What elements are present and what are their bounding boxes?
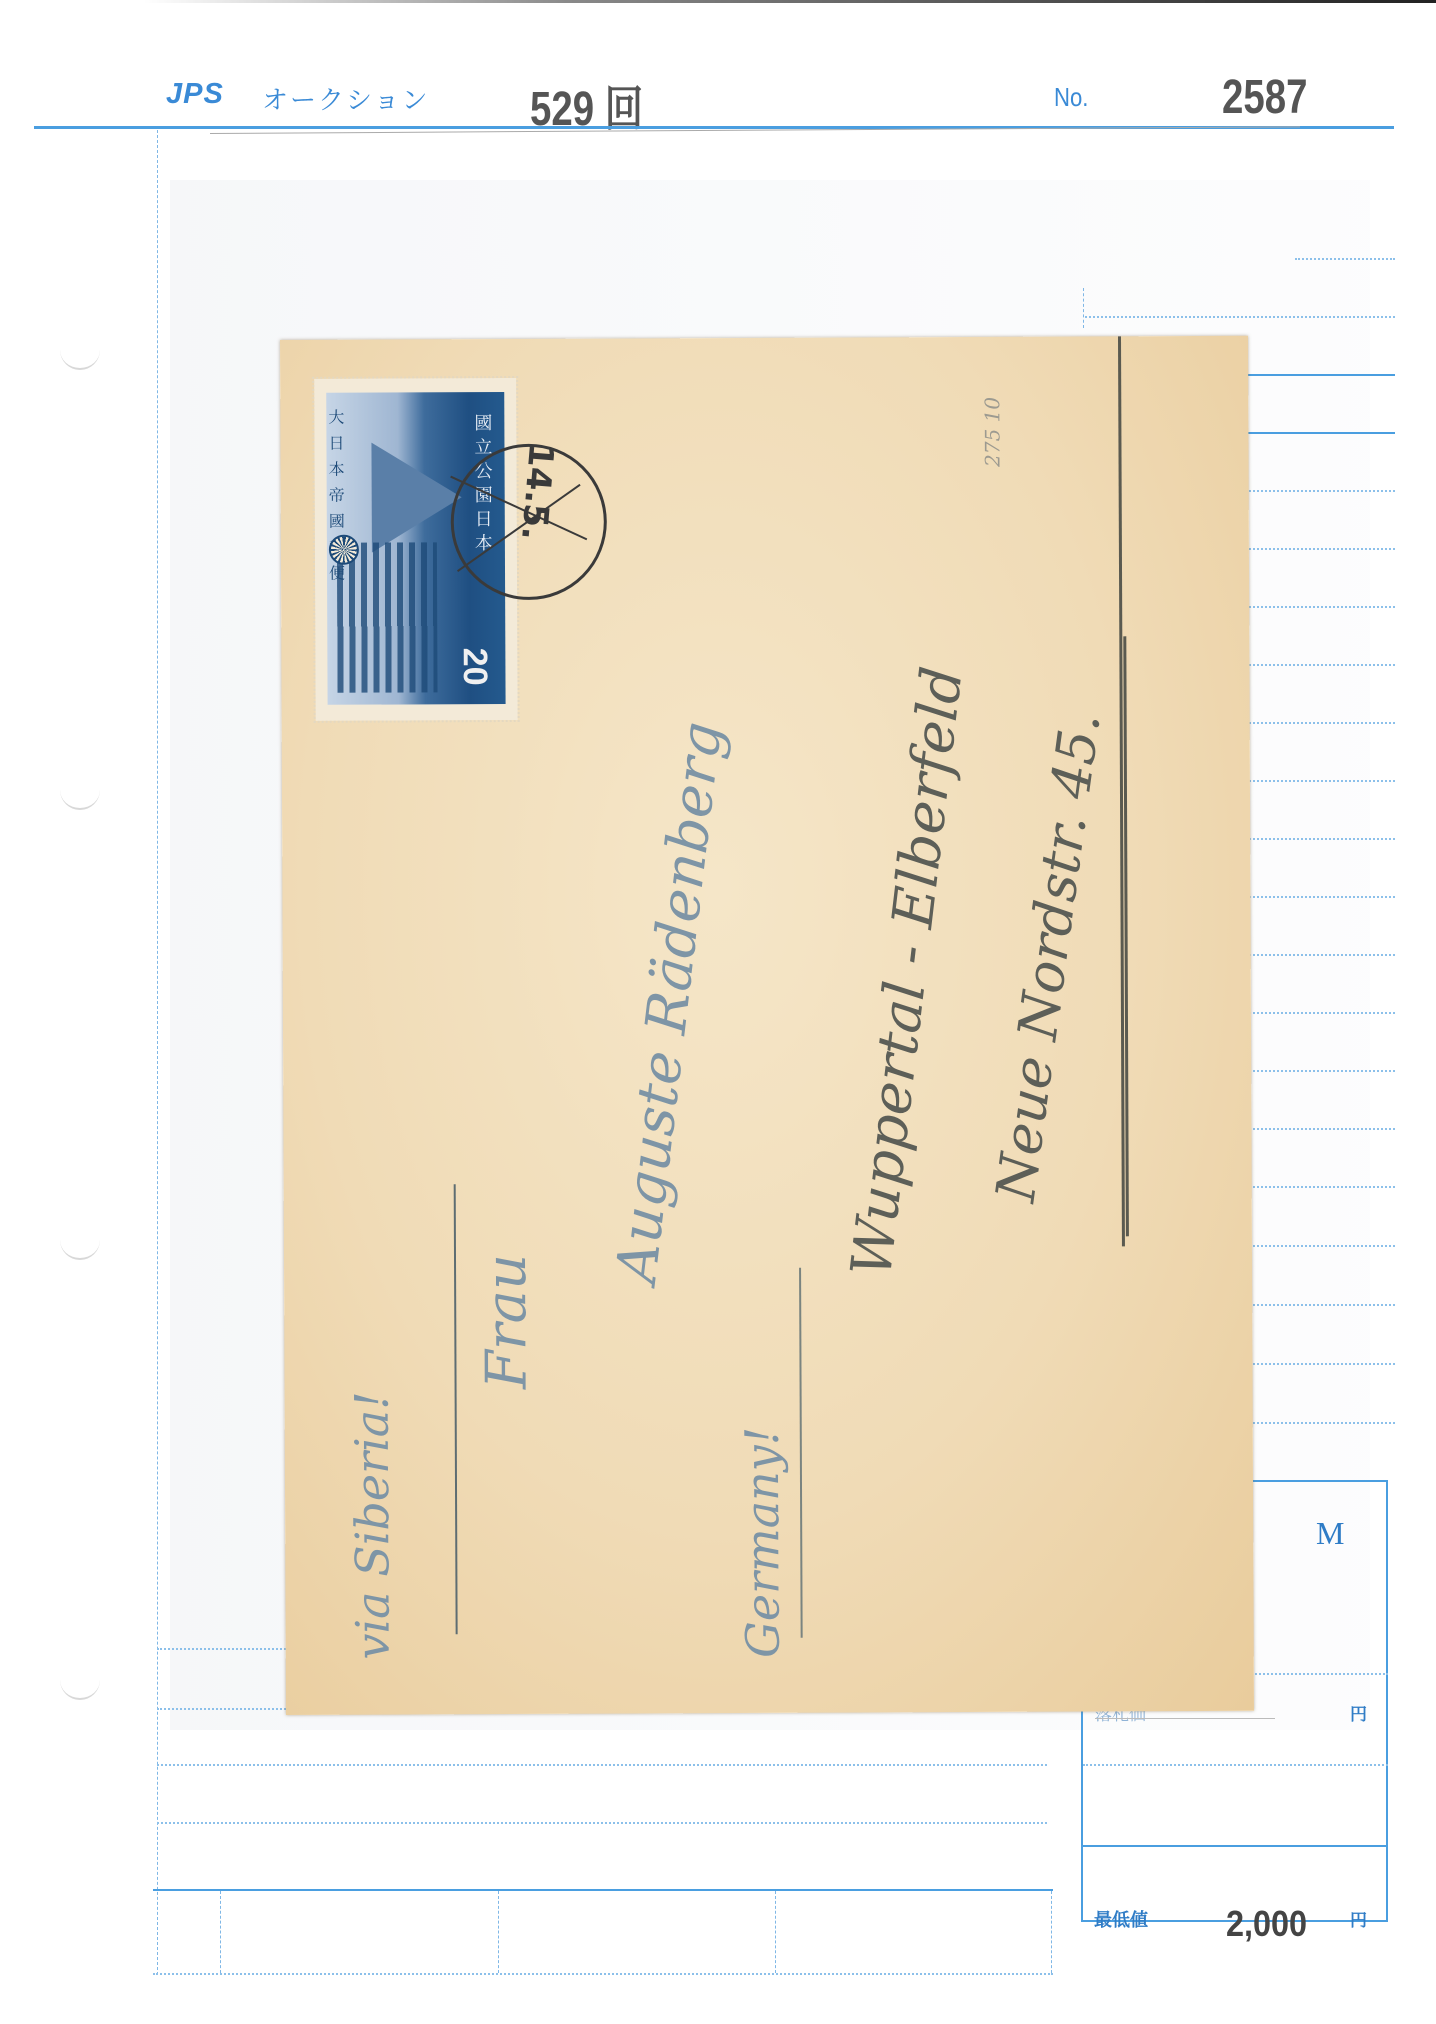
- table-divider: [220, 1891, 221, 1973]
- destination-country: Germany!: [735, 1427, 790, 1658]
- auction-label: オークション: [262, 80, 429, 117]
- trees-icon: [337, 542, 438, 692]
- table-divider: [775, 1891, 776, 1973]
- form-line: [1083, 1845, 1388, 1847]
- yen-unit: 円: [1350, 1906, 1367, 1931]
- country-underline: [799, 1268, 803, 1638]
- form-line: [1230, 1304, 1395, 1306]
- form-line: [1230, 1245, 1395, 1247]
- form-line: [1230, 1012, 1395, 1014]
- form-line: [1230, 664, 1395, 666]
- form-line: [1295, 258, 1395, 260]
- min-price-value: 2,000: [1226, 1903, 1307, 1945]
- scan-top-edge: [0, 0, 1436, 3]
- destination-street: Neue Nordstr. 45.: [984, 709, 1113, 1206]
- postage-stamp: 國立公園 日本 20 大日本帝國郵便 14.5.: [320, 384, 511, 715]
- binder-hole: [60, 790, 100, 810]
- form-line: [1230, 490, 1395, 492]
- form-line: [1230, 548, 1395, 550]
- form-line: [1230, 1128, 1395, 1130]
- form-line: [1230, 780, 1395, 782]
- form-line: [1085, 316, 1395, 318]
- form-line: [1230, 1422, 1395, 1424]
- form-line: [1230, 432, 1395, 434]
- form-line: [1230, 1186, 1395, 1188]
- bottom-form-table: [153, 1889, 1053, 1975]
- form-line: [1240, 1673, 1388, 1675]
- form-line: [1230, 606, 1395, 608]
- recipient-name: Auguste Rädenberg: [604, 718, 735, 1286]
- form-line: [1230, 1363, 1395, 1365]
- form-line: [157, 1648, 297, 1650]
- form-line: [1230, 838, 1395, 840]
- form-margin-line: [157, 130, 158, 1975]
- form-line: [1230, 722, 1395, 724]
- salutation: Frau: [474, 1254, 540, 1389]
- binder-hole: [60, 350, 100, 370]
- form-line: [1230, 896, 1395, 898]
- form-line: [157, 1764, 1047, 1766]
- postmark: 14.5.: [450, 444, 607, 601]
- binder-hole: [60, 1240, 100, 1260]
- routing-instruction: via Siberia!: [345, 1391, 400, 1659]
- envelope-cover: 國立公園 日本 20 大日本帝國郵便 14.5. 275 10 via Sibe…: [280, 336, 1254, 1715]
- routing-underline: [454, 1184, 458, 1634]
- form-line: [1230, 954, 1395, 956]
- yen-unit: 円: [1350, 1700, 1367, 1725]
- brand-logo: JPS: [166, 78, 224, 111]
- destination-city: Wuppertal - Elberfeld: [839, 663, 976, 1280]
- form-line: [157, 1708, 297, 1710]
- table-divider: [498, 1891, 499, 1973]
- form-line: [157, 1822, 1047, 1824]
- form-line: [1230, 374, 1395, 376]
- min-price-label: 最低値: [1094, 1906, 1148, 1932]
- lot-number-label: No.: [1054, 82, 1088, 113]
- grade-mark: M: [1316, 1515, 1344, 1552]
- mount-fuji-icon: [371, 442, 461, 552]
- table-divider: [1051, 1891, 1052, 1973]
- sold-price-underline: [1095, 1718, 1275, 1719]
- chrysanthemum-icon: [329, 535, 359, 565]
- pencil-note: 275 10: [980, 397, 1004, 467]
- lot-number: 2587: [1222, 70, 1307, 125]
- stamp-value: 20: [455, 648, 494, 686]
- form-line: [1083, 288, 1084, 328]
- binder-hole: [60, 1680, 100, 1700]
- form-line: [1083, 1764, 1388, 1766]
- form-line: [1230, 1070, 1395, 1072]
